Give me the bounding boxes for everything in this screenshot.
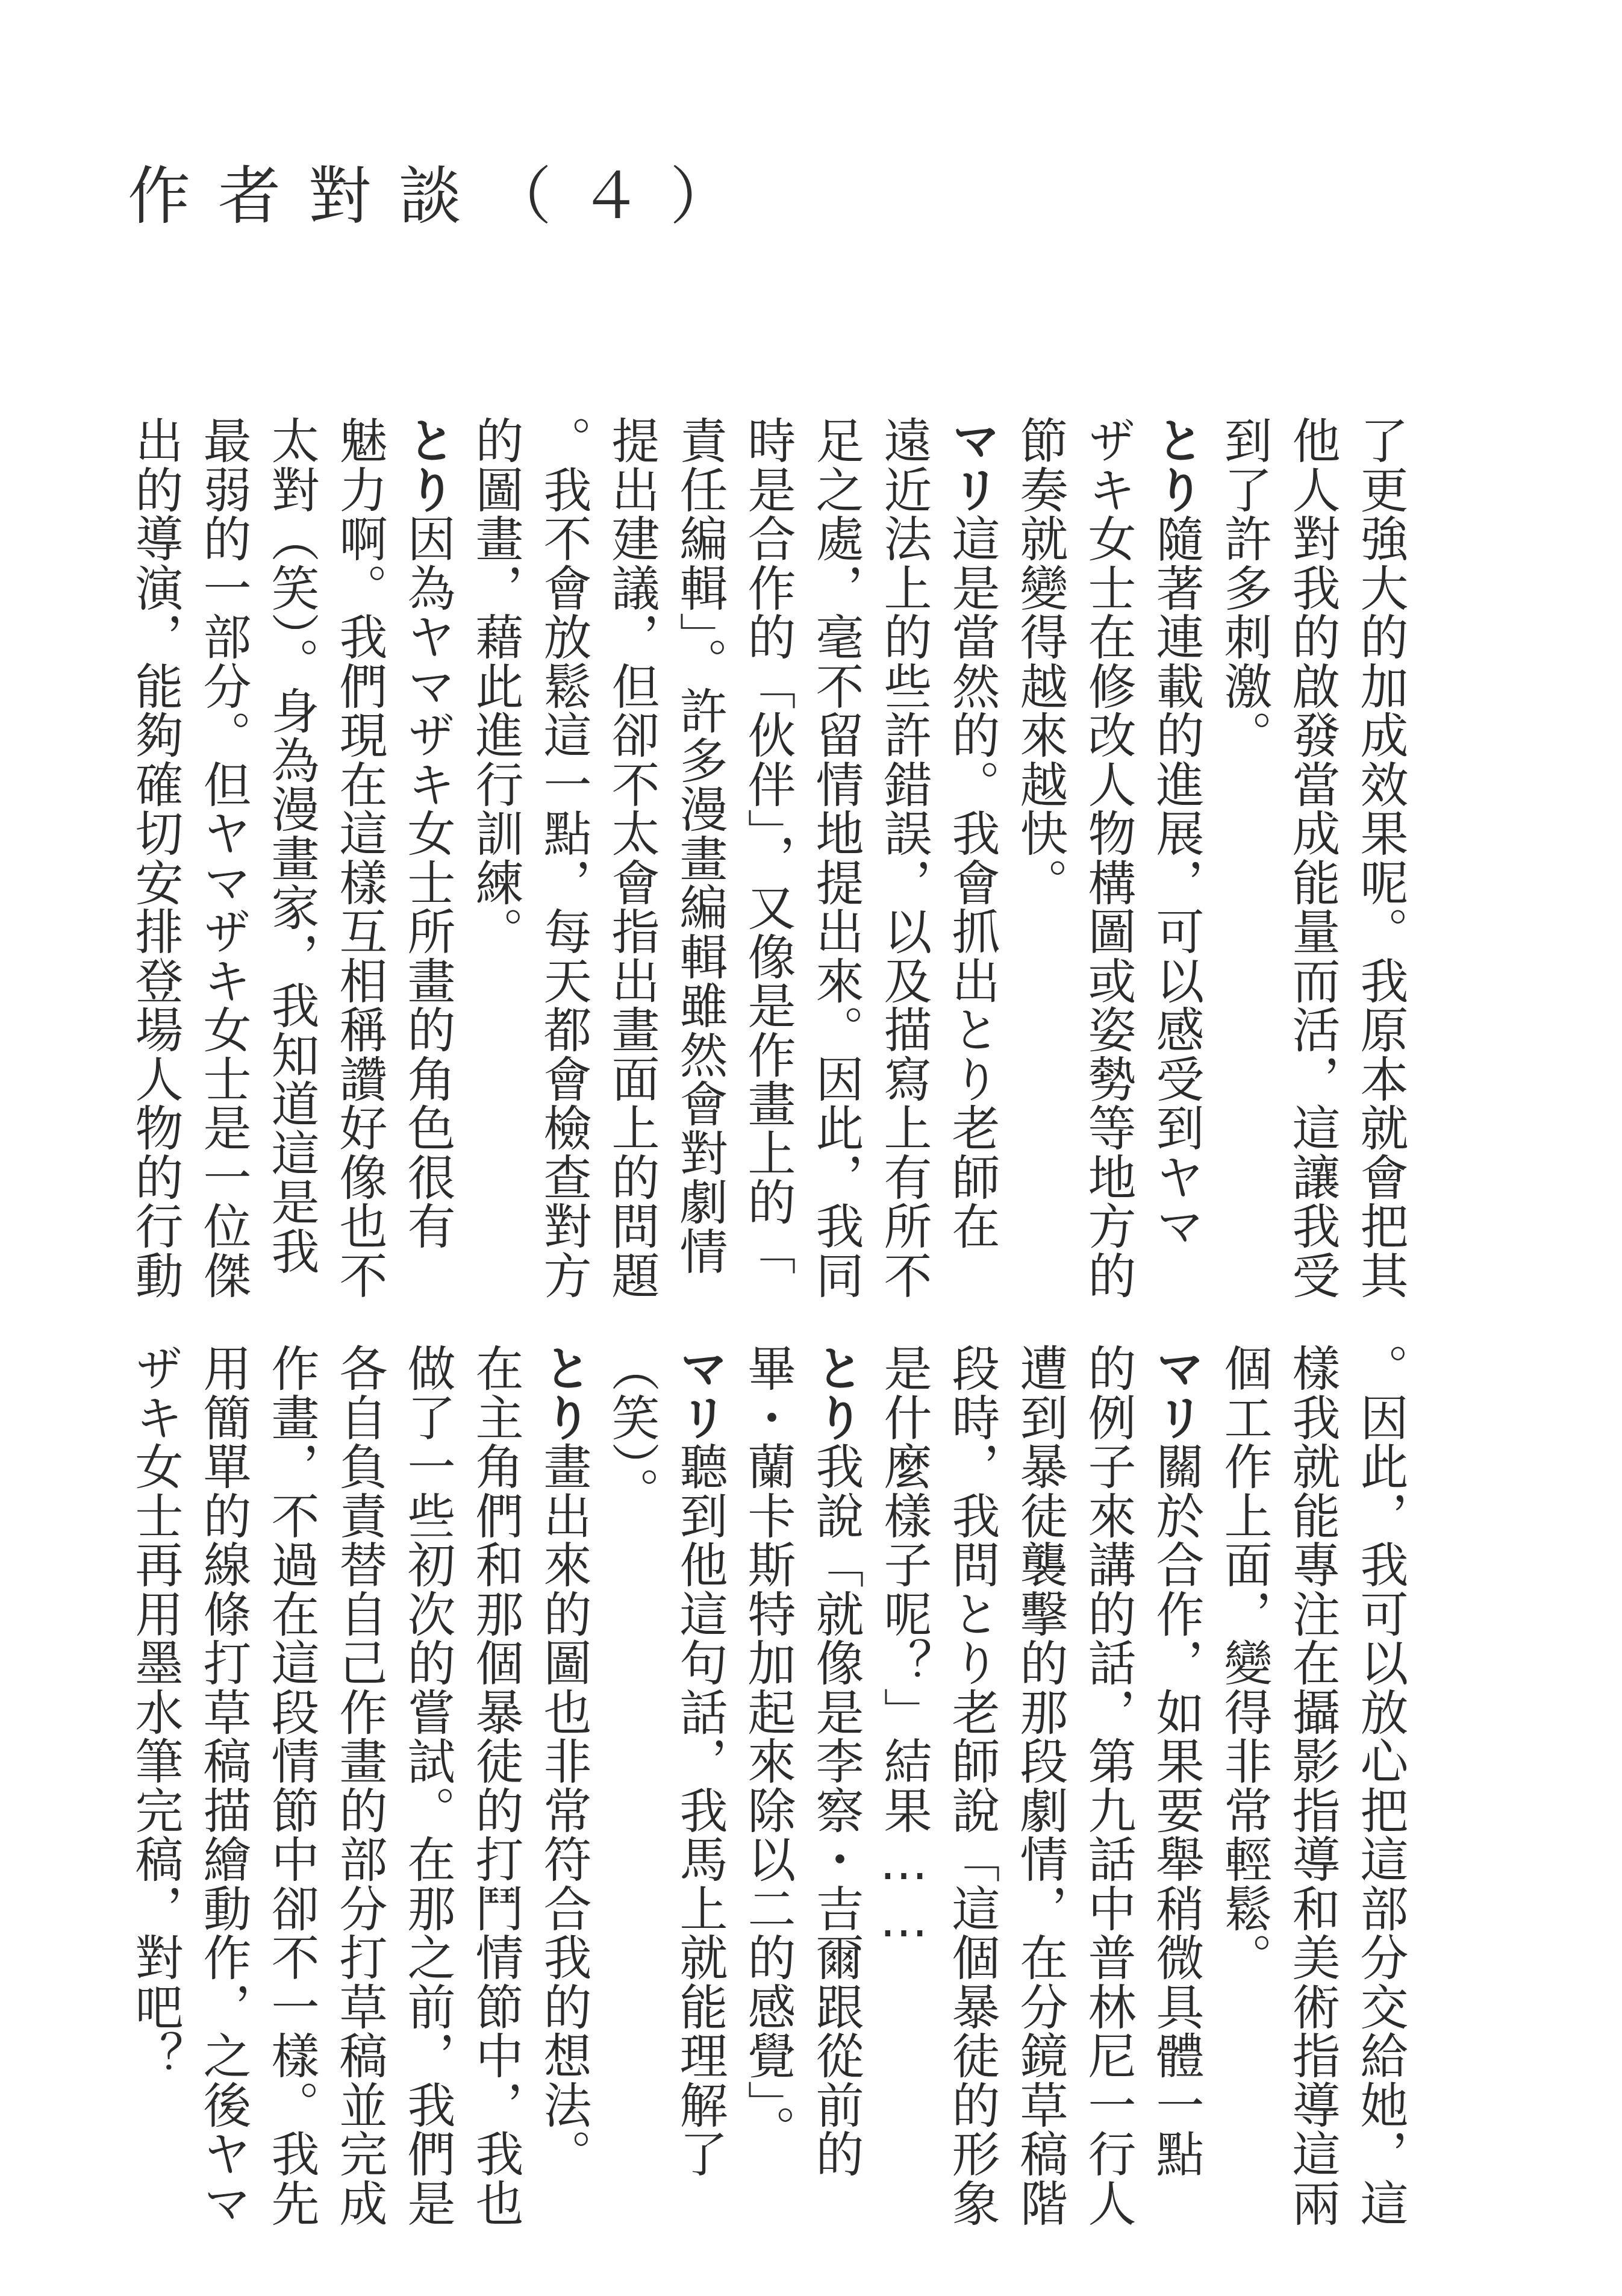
column-text: 遭到暴徒襲擊的那段劇情，在分鏡草稿階 [1012,1344,1068,2227]
column-text: 節奏就變得越來越快。 [1012,416,1068,907]
column-text: 在主角們和那個暴徒的打鬥情節中，我也 [467,1344,523,2227]
speaker-label: とり [1148,416,1204,514]
text-column: （笑）。 [597,1344,666,2187]
column-text: 最弱的一部分。但ヤマザキ女士是一位傑 [195,416,251,1300]
column-text: 個工作上面，變得非常輕鬆。 [1216,1344,1272,1982]
text-column: 在主角們和那個暴徒的打鬥情節中，我也 [461,1344,529,2187]
column-text: 太對（笑）。身為漫畫家，我知道這是我 [263,416,319,1275]
speaker-label: とり [535,1344,591,1442]
text-column: 節奏就變得越來越快。 [1006,416,1074,1259]
column-text: 做了一些初次的嘗試。在那之前，我們是 [399,1344,455,2227]
column-text: 提出建議，但卻不太會指出畫面上的問題 [604,416,660,1300]
column-text: 這是當然的。我會抓出とり老師在 [944,514,1000,1251]
text-column: 遭到暴徒襲擊的那段劇情，在分鏡草稿階 [1006,1344,1074,2187]
text-column: 。我不會放鬆這一點，每天都會檢查對方 [529,416,597,1259]
column-text: 。我不會放鬆這一點，每天都會檢查對方 [535,416,591,1300]
column-text: 魅力啊。我們現在這樣互相稱讚好像也不 [331,416,387,1300]
speaker-label: とり [808,1344,864,1442]
column-text: 各自負責替自己作畫的部分打草稿並完成 [331,1344,387,2227]
text-column: 時是合作的「伙伴」，又像是作畫上的「 [734,416,802,1259]
text-column: 段時，我問とり老師說「這個暴徒的形象 [938,1344,1006,2187]
text-column: とり隨著連載的進展，可以感受到ヤマ [1142,416,1210,1259]
column-text: 畢・蘭卡斯特加起來除以二的感覺」。 [740,1344,796,2154]
text-column: 是什麼樣子呢？」結果…… [870,1344,938,2187]
text-column: とり畫出來的圖也非常符合我的想法。 [529,1344,597,2187]
text-column: 他人對我的啟發當成能量而活，這讓我受 [1278,416,1346,1259]
column-text: 作畫，不過在這段情節中卻不一樣。我先 [263,1344,319,2227]
text-column: マリ聽到他這句話，我馬上就能理解了 [666,1344,734,2187]
column-text: 遠近法上的些許錯誤，以及描寫上有所不 [876,416,932,1300]
text-column: とり我說「就像是李察・吉爾跟從前的 [802,1344,870,2187]
text-column: 出的導演，能夠確切安排登場人物的行動 [121,416,189,1259]
column-text: 時是合作的「伙伴」，又像是作畫上的「 [740,416,796,1275]
speaker-label: マリ [944,416,1000,514]
column-text: 聽到他這句話，我馬上就能理解了 [672,1442,728,2179]
text-column: 作畫，不過在這段情節中卻不一樣。我先 [257,1344,325,2187]
speaker-label: マリ [672,1344,728,1442]
text-column: 的例子來講的話，第九話中普林尼一行人 [1074,1344,1142,2187]
column-text: 責任編輯」。許多漫畫編輯雖然會對劇情 [672,416,728,1275]
interview-text-block-bottom: 。因此，我可以放心把這部分交給她，這 樣我就能專注在攝影指導和美術指導這兩 個工… [119,1344,1414,2187]
text-column: ザキ女士再用墨水筆完稿，對吧？ [121,1344,189,2187]
text-column: 各自負責替自己作畫的部分打草稿並完成 [325,1344,393,2187]
interview-text-block-top: 了更強大的加成效果呢。我原本就會把其 他人對我的啟發當成能量而活，這讓我受 到了… [119,416,1414,1259]
text-column: 。因此，我可以放心把這部分交給她，這 [1346,1344,1414,2187]
speaker-label: とり [399,416,455,514]
column-text: 足之處，毫不留情地提出來。因此，我同 [808,416,864,1300]
column-text: 他人對我的啟發當成能量而活，這讓我受 [1284,416,1340,1300]
text-column: 魅力啊。我們現在這樣互相稱讚好像也不 [325,416,393,1259]
text-column: マリ這是當然的。我會抓出とり老師在 [938,416,1006,1259]
column-text: ザキ女士再用墨水筆完稿，對吧？ [127,1344,183,2080]
text-column: 個工作上面，變得非常輕鬆。 [1210,1344,1278,2187]
column-text: 了更強大的加成效果呢。我原本就會把其 [1352,416,1408,1300]
column-text: ザキ女士在修改人物構圖或姿勢等地方的 [1080,416,1136,1300]
text-column: とり因為ヤマザキ女士所畫的角色很有 [393,416,461,1259]
column-text: 畫出來的圖也非常符合我的想法。 [535,1442,591,2179]
speaker-label: マリ [1148,1344,1204,1442]
text-column: 的圖畫，藉此進行訓練。 [461,416,529,1259]
text-column: 太對（笑）。身為漫畫家，我知道這是我 [257,416,325,1259]
text-column: マリ關於合作，如果要舉稍微具體一點 [1142,1344,1210,2187]
text-column: 做了一些初次的嘗試。在那之前，我們是 [393,1344,461,2187]
column-text: 到了許多刺激。 [1216,416,1272,760]
column-text: 因為ヤマザキ女士所畫的角色很有 [399,514,455,1251]
column-text: 的例子來講的話，第九話中普林尼一行人 [1080,1344,1136,2227]
text-column: 責任編輯」。許多漫畫編輯雖然會對劇情 [666,416,734,1259]
text-column: 最弱的一部分。但ヤマザキ女士是一位傑 [189,416,257,1259]
column-text: 我說「就像是李察・吉爾跟從前的 [808,1442,864,2179]
column-text: 段時，我問とり老師說「這個暴徒的形象 [944,1344,1000,2227]
column-text: 隨著連載的進展，可以感受到ヤマ [1148,514,1204,1251]
column-text: 的圖畫，藉此進行訓練。 [467,416,523,956]
text-column: 用簡單的線條打草稿描繪動作，之後ヤマ [189,1344,257,2187]
text-column: 到了許多刺激。 [1210,416,1278,1259]
column-text: 用簡單的線條打草稿描繪動作，之後ヤマ [195,1344,251,2227]
text-column: 提出建議，但卻不太會指出畫面上的問題 [597,416,666,1259]
column-text: 樣我就能專注在攝影指導和美術指導這兩 [1284,1344,1340,2227]
text-column: 遠近法上的些許錯誤，以及描寫上有所不 [870,416,938,1259]
text-column: 足之處，毫不留情地提出來。因此，我同 [802,416,870,1259]
text-column: 樣我就能專注在攝影指導和美術指導這兩 [1278,1344,1346,2187]
column-text: 關於合作，如果要舉稍微具體一點 [1148,1442,1204,2179]
page-title: 作者對談（４） [128,160,760,233]
text-column: ザキ女士在修改人物構圖或姿勢等地方的 [1074,416,1142,1259]
text-column: 畢・蘭卡斯特加起來除以二的感覺」。 [734,1344,802,2187]
column-text: 。因此，我可以放心把這部分交給她，這 [1352,1344,1408,2227]
column-text: （笑）。 [604,1344,660,1516]
column-text: 出的導演，能夠確切安排登場人物的行動 [127,416,183,1300]
column-text: 是什麼樣子呢？」結果…… [876,1344,932,1948]
text-column: 了更強大的加成效果呢。我原本就會把其 [1346,416,1414,1259]
